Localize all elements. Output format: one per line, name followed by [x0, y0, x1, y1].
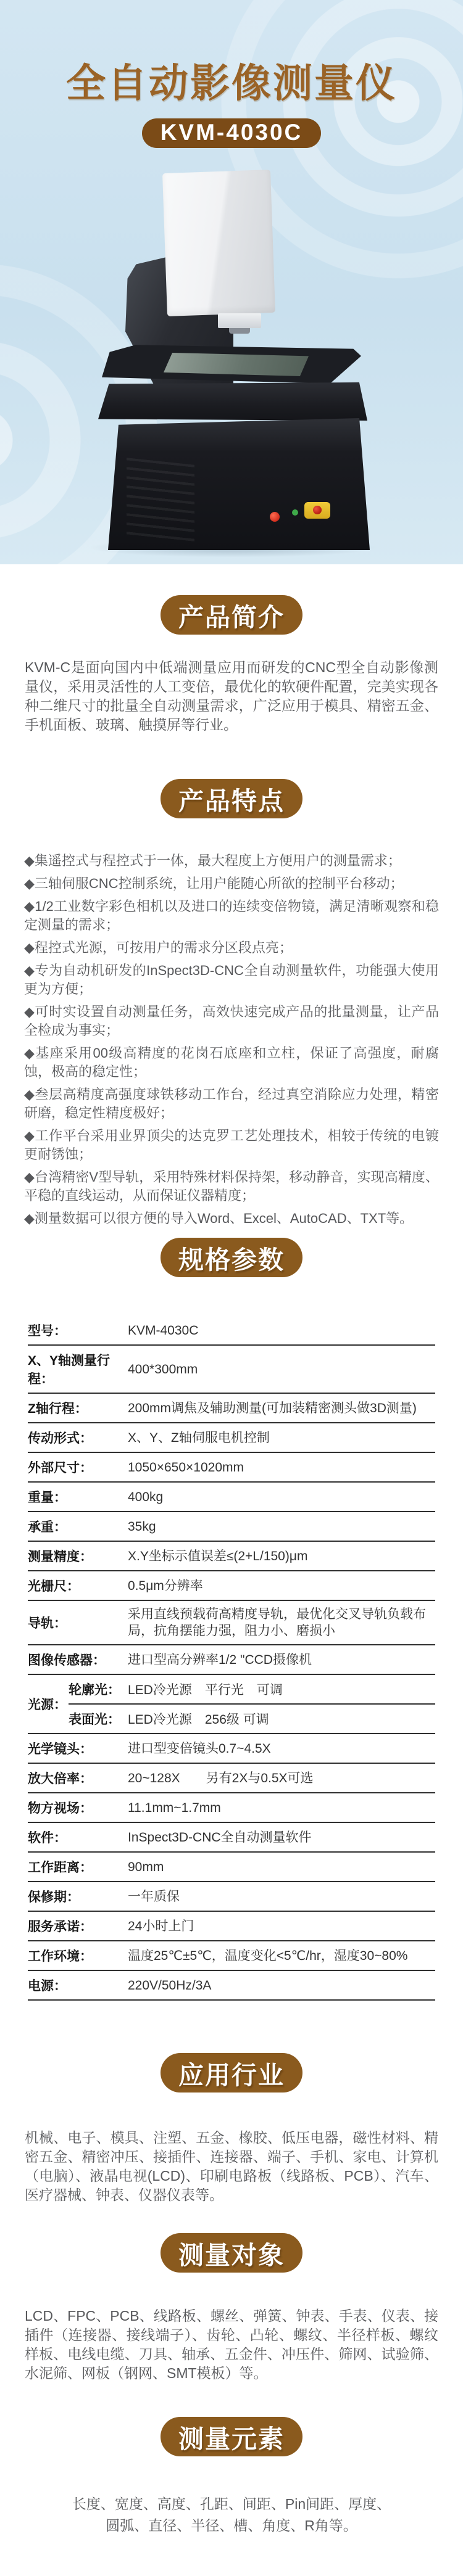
feature-item: ◆台湾精密V型导轨，采用特殊材料保持架，移动静音，实现高精度、平稳的直线运动，从…: [24, 1168, 439, 1205]
spec-row: 重量： 400kg: [28, 1483, 435, 1512]
spec-row: 型号： KVM-4030C: [28, 1316, 435, 1346]
spec-subvalue: LED冷光源 256级 可调: [128, 1710, 435, 1728]
spec-row: 导轨： 采用直线预载荷高精度导轨，最优化交叉导轨负载布局，抗角摆能力强，阻力小、…: [28, 1601, 435, 1645]
spec-label: 工作距离：: [28, 1858, 128, 1876]
spec-row: 传动形式： X、Y、Z轴伺服电机控制: [28, 1423, 435, 1453]
machine-base: [108, 418, 370, 550]
spec-value: 20~128X 另有2X与0.5X可选: [128, 1770, 435, 1787]
spec-value: X.Y坐标示值误差≤(2+L/150)μm: [128, 1548, 435, 1565]
emergency-stop-button: [304, 502, 330, 519]
spec-label: 电源：: [28, 1976, 128, 1994]
spec-value: 采用直线预载荷高精度导轨，最优化交叉导轨负载布局，抗角摆能力强，阻力小、磨损小: [128, 1606, 435, 1639]
spec-value: 200mm调焦及辅助测量(可加装精密测头做3D测量): [128, 1400, 435, 1417]
spec-row: 光学镜头： 进口型变倍镜头0.7~4.5X: [28, 1734, 435, 1764]
page: { "palette": { "accent_brown": "#8a5a1e"…: [0, 0, 463, 2576]
spec-sublabel: 表面光：: [69, 1710, 128, 1728]
spec-row: 外部尺寸： 1050×650×1020mm: [28, 1453, 435, 1483]
spec-row: Z轴行程： 200mm调焦及辅助测量(可加装精密测头做3D测量): [28, 1394, 435, 1423]
feature-item: ◆1/2工业数字彩色相机以及进口的连续变倍物镜，满足清晰观察和稳定测量的需求；: [24, 897, 439, 934]
feature-list: ◆集遥控式与程控式于一体，最大程度上方便用户的测量需求； ◆三轴伺服CNC控制系…: [24, 852, 439, 1228]
spec-row: 承重： 35kg: [28, 1512, 435, 1542]
spec-value: 0.5μm分辨率: [128, 1578, 435, 1594]
feature-item: ◆工作平台采用业界顶尖的达克罗工艺处理技术，相较于传统的电镀更耐锈蚀；: [24, 1127, 439, 1164]
spec-row: 图像传感器： 进口型高分辨率1/2 "CCD摄像机: [28, 1645, 435, 1675]
machine-vents: [127, 458, 194, 542]
spec-label: 导轨：: [28, 1613, 128, 1632]
feature-item: ◆集遥控式与程控式于一体，最大程度上方便用户的测量需求；: [24, 852, 439, 870]
spec-row: 保修期： 一年质保: [28, 1882, 435, 1912]
spec-value: 温度25℃±5℃，温度变化<5℃/hr，湿度30~80%: [128, 1948, 435, 1964]
indicator-button-green: [292, 509, 298, 516]
spec-label: 图像传感器：: [28, 1650, 128, 1669]
spec-label: 光栅尺：: [28, 1576, 128, 1595]
spec-label: 承重：: [28, 1517, 128, 1536]
spec-value: 24小时上门: [128, 1918, 435, 1935]
power-button-red: [270, 512, 280, 522]
spec-value: 一年质保: [128, 1888, 435, 1905]
intro-paragraph: KVM-C是面向国内中低端测量应用而研发的CNC型全自动影像测量仪，采用灵活性的…: [25, 658, 438, 735]
spec-label: 测量精度：: [28, 1547, 128, 1565]
spec-row-light-source: 光源： 轮廓光： LED冷光源 平行光 可调 表面光： LED冷光源 256级 …: [28, 1675, 435, 1734]
machine-granite-slab: [98, 382, 367, 421]
spec-value: 1050×650×1020mm: [128, 1459, 435, 1476]
spec-row: 工作距离： 90mm: [28, 1853, 435, 1882]
spec-value: 400kg: [128, 1489, 435, 1505]
spec-row: 放大倍率： 20~128X 另有2X与0.5X可选: [28, 1764, 435, 1793]
product-photo: [71, 160, 392, 564]
spec-value: 进口型变倍镜头0.7~4.5X: [128, 1740, 435, 1757]
spec-label: 工作环境：: [28, 1946, 128, 1965]
section-banner-elements: 测量元素: [161, 2417, 302, 2456]
spec-row: X、Y轴测量行程： 400*300mm: [28, 1346, 435, 1394]
machine-optical-head: [162, 170, 275, 316]
spec-label: 服务承诺：: [28, 1917, 128, 1935]
light-source-subtable: 轮廓光： LED冷光源 平行光 可调 表面光： LED冷光源 256级 可调: [69, 1675, 435, 1733]
spec-label: 型号：: [28, 1321, 128, 1339]
spec-row: 光栅尺： 0.5μm分辨率: [28, 1571, 435, 1601]
elements-lines: 长度、宽度、高度、孔距、间距、Pin间距、厚度、 圆弧、直径、半径、槽、角度、R…: [0, 2493, 463, 2537]
specs-table: 型号： KVM-4030C X、Y轴测量行程： 400*300mm Z轴行程： …: [28, 1316, 435, 2001]
feature-item: ◆叁层高精度高强度球铁移动工作台，经过真空消除应力处理，精密研磨，稳定性精度极好…: [24, 1085, 439, 1122]
spec-label: 重量：: [28, 1488, 128, 1506]
spec-label: Z轴行程：: [28, 1399, 128, 1417]
spec-sublabel: 轮廓光：: [69, 1680, 128, 1698]
spec-row: 工作环境： 温度25℃±5℃，温度变化<5℃/hr，湿度30~80%: [28, 1941, 435, 1971]
spec-label: 保修期：: [28, 1887, 128, 1906]
elements-line-1: 长度、宽度、高度、孔距、间距、Pin间距、厚度、: [0, 2493, 463, 2515]
section-banner-objects: 测量对象: [161, 2233, 302, 2273]
feature-item: ◆程控式光源，可按用户的需求分区段点亮；: [24, 939, 439, 957]
feature-item: ◆测量数据可以很方便的导入Word、Excel、AutoCAD、TXT等。: [24, 1209, 439, 1228]
content: 产品简介 KVM-C是面向国内中低端测量应用而研发的CNC型全自动影像测量仪，采…: [0, 595, 463, 2576]
spec-label: 传动形式：: [28, 1428, 128, 1447]
section-banner-industries: 应用行业: [161, 2053, 302, 2092]
objects-paragraph: LCD、FPC、PCB、线路板、螺丝、弹簧、钟表、手表、仪表、接插件（连接器、接…: [25, 2306, 438, 2383]
spec-label: X、Y轴测量行程：: [28, 1351, 128, 1388]
feature-item: ◆三轴伺服CNC控制系统，让用户能随心所欲的控制平台移动；: [24, 874, 439, 893]
spec-value: 35kg: [128, 1518, 435, 1535]
spec-value: KVM-4030C: [128, 1322, 435, 1339]
feature-item: ◆可时实设置自动测量任务，高效快速完成产品的批量测量，让产品全检成为事实；: [24, 1003, 439, 1040]
spec-label: 放大倍率：: [28, 1769, 128, 1787]
spec-label: 光学镜头：: [28, 1739, 128, 1758]
light-source-subrow: 表面光： LED冷光源 256级 可调: [69, 1705, 435, 1733]
section-banner-specs: 规格参数: [161, 1238, 302, 1277]
spec-value: 220V/50Hz/3A: [128, 1977, 435, 1994]
spec-label: 软件：: [28, 1828, 128, 1846]
section-banner-features: 产品特点: [161, 779, 302, 818]
light-source-subrow: 轮廓光： LED冷光源 平行光 可调: [69, 1675, 435, 1705]
spec-row: 软件： InSpect3D-CNC全自动测量软件: [28, 1823, 435, 1853]
spec-value: 进口型高分辨率1/2 "CCD摄像机: [128, 1652, 435, 1668]
spec-row: 测量精度： X.Y坐标示值误差≤(2+L/150)μm: [28, 1542, 435, 1571]
spec-label: 光源：: [28, 1675, 69, 1733]
feature-item: ◆基座采用00级高精度的花岗石底座和立柱，保证了高强度，耐腐蚀，极高的稳定性；: [24, 1044, 439, 1081]
machine-lens: [218, 313, 261, 328]
spec-label: 外部尺寸：: [28, 1458, 128, 1476]
spec-row: 物方视场： 11.1mm~1.7mm: [28, 1793, 435, 1823]
machine-glass-stage: [164, 353, 309, 376]
page-title: 全自动影像测量仪: [0, 0, 463, 109]
section-banner-intro: 产品简介: [161, 595, 302, 635]
spec-row: 电源： 220V/50Hz/3A: [28, 1971, 435, 2001]
feature-item: ◆专为自动机研发的InSpect3D-CNC全自动测量软件，功能强大使用更为方便…: [24, 961, 439, 998]
industries-paragraph: 机械、电子、模具、注塑、五金、橡胶、低压电器，磁性材料、精密五金、精密冲压、接插…: [25, 2128, 438, 2205]
spec-value: X、Y、Z轴伺服电机控制: [128, 1430, 435, 1446]
spec-value: 400*300mm: [128, 1361, 435, 1378]
spec-value: 11.1mm~1.7mm: [128, 1800, 435, 1816]
spec-value: InSpect3D-CNC全自动测量软件: [128, 1829, 435, 1846]
spec-value: 90mm: [128, 1859, 435, 1875]
spec-subvalue: LED冷光源 平行光 可调: [128, 1680, 435, 1698]
elements-line-2: 圆弧、直径、半径、槽、角度、R角等。: [0, 2515, 463, 2537]
spec-row: 服务承诺： 24小时上门: [28, 1912, 435, 1941]
hero-section: 全自动影像测量仪 KVM-4030C: [0, 0, 463, 564]
model-badge: KVM-4030C: [142, 118, 322, 148]
spec-label: 物方视场：: [28, 1798, 128, 1817]
